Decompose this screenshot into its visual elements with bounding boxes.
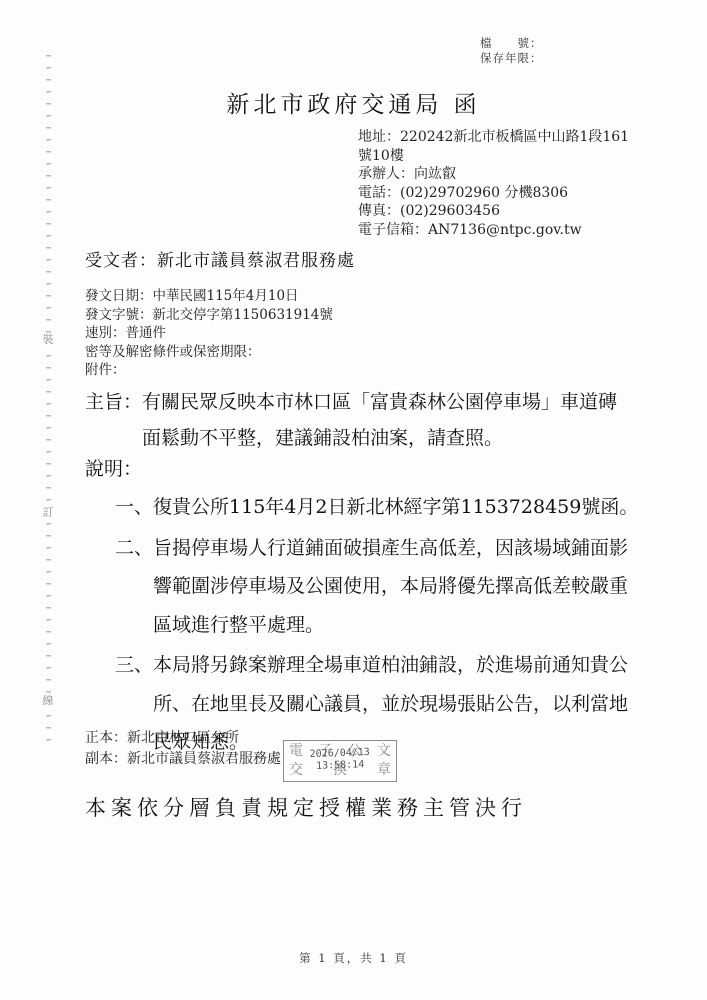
copies-block: 正本：新北市林口區公所 副本：新北市議員蔡淑君服務處 [85,728,281,769]
file-info-block: 檔 號： 保存年限： [480,36,543,66]
subject-paragraph: 主旨：有關民眾反映本市林口區「富貴森林公園停車場」車道磚面鬆動不平整，建議鋪設柏… [85,384,635,456]
stamp-datetime: 2026/04/13 13:58:14 [284,746,397,774]
binding-mark-xian: 線 [40,694,56,707]
binding-mark-ding: 訂 [40,506,56,519]
item-1-text: 復貴公所115年4月2日新北林經字第1153728459號函。 [153,496,638,518]
document-page: 裝 訂 線 檔 號： 保存年限： 新北市政府交通局 函 地址：220242新北市… [0,0,707,1000]
authorization-line: 本案依分層負責規定授權業務主管決行 [85,792,527,822]
item-2-marker: 二、 [115,537,153,559]
explanation-item-1: 一、復貴公所115年4月2日新北林經字第1153728459號函。 [115,488,643,527]
attachment-label: 附件： [85,361,333,380]
document-meta-block: 發文日期：中華民國115年4月10日 發文字號：新北交停字第1150631914… [85,287,333,380]
agency-phone: 電話：(02)29702960 分機8306 [358,184,629,203]
item-1-marker: 一、 [115,496,153,518]
issue-date: 發文日期：中華民國115年4月10日 [85,287,333,306]
speed-class: 速別：普通件 [85,324,333,343]
subject-label: 主旨： [85,391,142,413]
security-class: 密等及解密條件或保密期限： [85,343,333,362]
carbon-copy-line: 副本：新北市議員蔡淑君服務處 [85,749,281,770]
file-number-label: 檔 號： [480,36,543,51]
original-copy-line: 正本：新北市林口區公所 [85,728,281,749]
issue-number: 發文字號：新北交停字第1150631914號 [85,306,333,325]
explanation-item-2: 二、旨揭停車場人行道鋪面破損產生高低差，因該場域鋪面影響範圍涉停車場及公園使用，… [115,529,643,645]
agency-officer: 承辦人：向竑叡 [358,165,629,184]
binding-dotted-line [45,55,51,747]
agency-email: 電子信箱：AN7136@ntpc.gov.tw [358,221,629,240]
explanation-label: 說明： [85,452,645,486]
document-title: 新北市政府交通局 函 [0,86,707,119]
explanation-section: 說明： 一、復貴公所115年4月2日新北林經字第1153728459號函。 二、… [85,452,645,762]
binding-mark-zhuang: 裝 [40,333,56,346]
retention-label: 保存年限： [480,51,543,66]
item-3-marker: 三、 [115,654,153,676]
agency-contact-block: 地址：220242新北市板橋區中山路1段161 號10樓 承辦人：向竑叡 電話：… [358,128,629,239]
item-2-text: 旨揭停車場人行道鋪面破損產生高低差，因該場域鋪面影響範圍涉停車場及公園使用，本局… [153,537,628,636]
subject-text: 有關民眾反映本市林口區「富貴森林公園停車場」車道磚面鬆動不平整，建議鋪設柏油案，… [142,391,617,449]
agency-address-line2: 號10樓 [358,147,629,166]
electronic-exchange-stamp: 電 子 公 文 交 換 章 2026/04/13 13:58:14 [283,740,397,782]
page-footer: 第 1 頁，共 1 頁 [0,950,707,966]
agency-address-line1: 地址：220242新北市板橋區中山路1段161 [358,128,629,147]
recipient-line: 受文者：新北市議員蔡淑君服務處 [85,246,355,271]
agency-fax: 傳真：(02)29603456 [358,202,629,221]
